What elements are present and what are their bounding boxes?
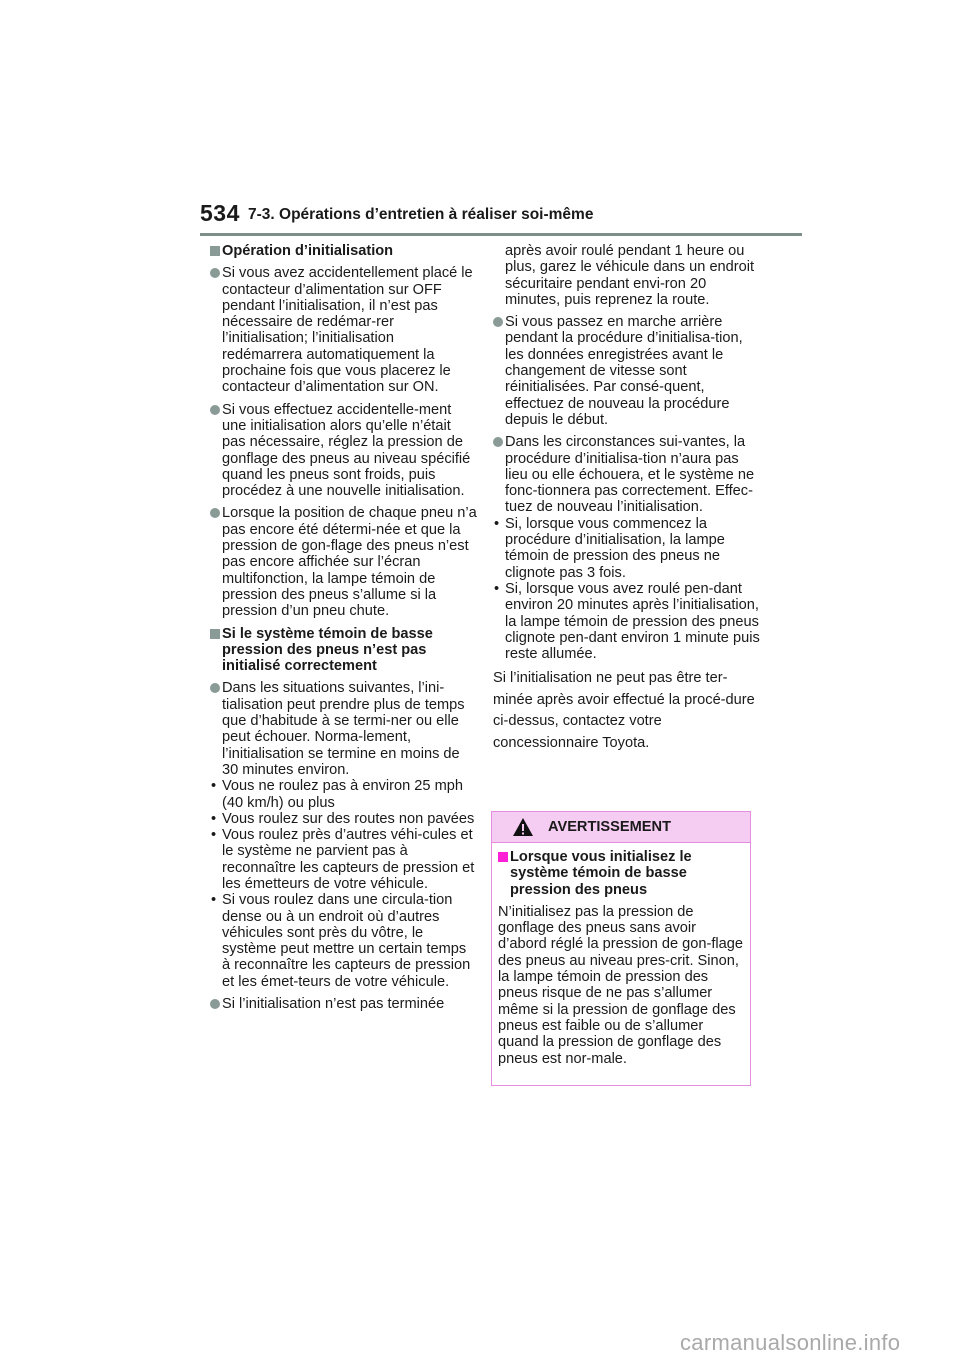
sub-list-item: •Si, lorsque vous avez roulé pen-dant en… [493,581,761,662]
square-bullet-icon [210,629,220,639]
warning-header: AVERTISSEMENT [492,812,750,843]
list-item: Si vous avez accidentellement placé le c… [210,265,478,395]
warning-text: N’initialisez pas la pression de gonflag… [498,904,744,1067]
list-item-continuation: après avoir roulé pendant 1 heure ou plu… [493,243,761,308]
page-number: 534 [200,200,240,227]
section-heading: Opération d’initialisation [210,243,478,259]
warning-box: AVERTISSEMENT Lorsque vous initialisez l… [491,811,751,1086]
round-bullet-icon [210,683,220,693]
sub-list-item: •Vous ne roulez pas à environ 25 mph (40… [210,778,478,811]
round-bullet-icon [493,437,503,447]
sub-list-item: •Si vous roulez dans une circula-tion de… [210,892,478,990]
list-item: Lorsque la position de chaque pneu n’a p… [210,505,478,619]
header-divider [200,233,802,236]
round-bullet-icon [493,317,503,327]
left-column: Opération d’initialisation Si vous avez … [210,243,478,1018]
sub-list: •Vous ne roulez pas à environ 25 mph (40… [210,778,478,990]
warning-heading: Lorsque vous initialisez le système témo… [498,849,744,898]
sub-list-item: •Vous roulez sur des routes non pavées [210,811,478,827]
closing-paragraph: Si l’initialisation ne peut pas être ter… [493,668,761,754]
list-item: Dans les circonstances sui-vantes, la pr… [493,434,761,515]
right-column: après avoir roulé pendant 1 heure ou plu… [493,243,761,754]
list-item: Si l’initialisation n’est pas terminée [210,996,478,1012]
round-bullet-icon [210,405,220,415]
warning-body: Lorsque vous initialisez le système témo… [492,843,750,1067]
round-bullet-icon [210,268,220,278]
square-bullet-icon [498,852,508,862]
sub-list-item: •Si, lorsque vous commencez la procédure… [493,516,761,581]
sub-list-item: •Vous roulez près d’autres véhi-cules et… [210,827,478,892]
list-item: Dans les situations suivantes, l’ini-tia… [210,680,478,778]
list-item: Si vous passez en marche arrière pendant… [493,314,761,428]
round-bullet-icon [210,508,220,518]
list-item: Si vous effectuez accidentelle-ment une … [210,402,478,500]
sub-list: •Si, lorsque vous commencez la procédure… [493,516,761,663]
warning-triangle-icon [512,817,534,837]
round-bullet-icon [210,999,220,1009]
page-header: 534 7-3. Opérations d’entretien à réalis… [200,200,802,232]
section-title: 7-3. Opérations d’entretien à réaliser s… [248,206,593,224]
watermark: carmanualsonline.info [680,1330,900,1356]
warning-title: AVERTISSEMENT [548,819,671,835]
section-heading: Si le système témoin de basse pression d… [210,626,478,675]
square-bullet-icon [210,246,220,256]
